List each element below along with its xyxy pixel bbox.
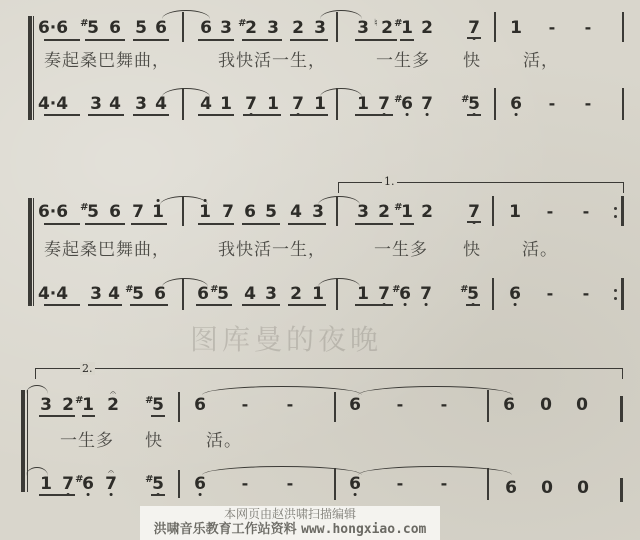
note: 3 — [314, 18, 326, 38]
beam — [44, 304, 80, 306]
note: 6 — [109, 202, 121, 222]
beam — [355, 114, 393, 116]
lyric: 一生多 — [60, 426, 114, 451]
beam — [151, 494, 165, 496]
note: 0 — [541, 478, 553, 498]
dash: - — [287, 395, 294, 414]
beam — [290, 114, 328, 116]
beam — [400, 223, 414, 225]
tie — [320, 88, 362, 97]
beam — [88, 114, 124, 116]
note: 6 — [194, 395, 206, 415]
note: 7 — [468, 202, 480, 222]
note: 4·4 — [38, 284, 68, 304]
dash: - — [547, 284, 554, 303]
barline — [492, 196, 494, 226]
beam — [355, 223, 393, 225]
dash: - — [583, 202, 590, 221]
system-bracket — [28, 198, 32, 306]
beam — [130, 304, 168, 306]
note: 6 — [505, 478, 517, 498]
note: 4·4 — [38, 94, 68, 114]
bleedthrough-title: 图库曼的夜晚 — [190, 318, 382, 358]
tie — [318, 196, 360, 205]
beam — [242, 223, 280, 225]
barline — [182, 278, 184, 310]
repeat-end-barline — [621, 196, 624, 226]
lyric: 快 — [145, 426, 163, 451]
note: 5 — [135, 18, 147, 38]
barline — [182, 88, 184, 120]
note: 2 — [62, 395, 74, 415]
note: #5 — [467, 284, 479, 304]
watermark-site-name: 洪啸音乐教育工作站资料 — [154, 522, 297, 537]
lyric: 奏起桑巴舞曲， — [44, 46, 170, 71]
note: ♮2 — [381, 18, 393, 38]
note: #1 — [401, 202, 413, 222]
note: #5 — [87, 18, 99, 38]
note: 2 — [290, 284, 302, 304]
beam — [242, 304, 280, 306]
note: 7 — [378, 94, 390, 114]
beam — [242, 39, 282, 41]
note: 1 — [509, 202, 521, 222]
note: 6·6 — [38, 18, 68, 38]
lyric: 活， — [523, 46, 559, 71]
tie — [202, 466, 362, 475]
beam — [44, 223, 80, 225]
note: 6 — [197, 284, 209, 304]
watermark-line2: 洪啸音乐教育工作站资料 www.hongxiao.com — [140, 522, 440, 538]
lyric: 快 — [463, 46, 481, 71]
note: 4 — [155, 94, 167, 114]
watermark-url: www.hongxiao.com — [301, 522, 426, 537]
barline — [487, 390, 489, 422]
volta-bracket-2 — [35, 368, 623, 379]
barline — [336, 12, 338, 42]
note: 7 — [468, 18, 480, 38]
barline — [182, 12, 184, 42]
note: 3 — [220, 18, 232, 38]
note: 0 — [540, 395, 552, 415]
note: 4 — [108, 284, 120, 304]
watermark-box: 本网页由赵洪啸扫描编辑 洪啸音乐教育工作站资料 www.hongxiao.com — [140, 506, 440, 540]
barline — [336, 88, 338, 120]
note: 1 — [40, 474, 52, 494]
beam — [288, 223, 326, 225]
barline — [492, 278, 494, 310]
system-start-line — [27, 390, 28, 492]
note: 1 — [199, 202, 211, 222]
note: 6 — [109, 18, 121, 38]
dash: - — [549, 94, 556, 113]
note: 0 — [577, 478, 589, 498]
beam — [131, 223, 167, 225]
final-barline — [620, 478, 623, 502]
note: #5 — [152, 474, 164, 494]
note: 7 — [292, 94, 304, 114]
note: 1 — [357, 284, 369, 304]
beam — [198, 223, 234, 225]
lyric: 快 — [463, 235, 481, 260]
beam — [151, 415, 165, 417]
note: #5 — [152, 395, 164, 415]
note: 3 — [357, 202, 369, 222]
beam — [85, 39, 125, 41]
system-start-line — [33, 198, 34, 306]
note: #6 — [82, 474, 94, 494]
barline — [182, 196, 184, 226]
note: 3 — [90, 284, 102, 304]
barline — [178, 470, 180, 498]
dash: - — [583, 284, 590, 303]
dash: - — [242, 395, 249, 414]
beam — [243, 114, 281, 116]
beam — [467, 114, 481, 116]
volta-number: 1. — [382, 175, 397, 188]
beam — [39, 415, 75, 417]
note: 7 — [222, 202, 234, 222]
note: #1 — [401, 18, 413, 38]
note: #5 — [217, 284, 229, 304]
beam — [355, 304, 393, 306]
barline — [494, 88, 496, 120]
note: 6 — [349, 395, 361, 415]
note: #1 — [82, 395, 94, 415]
note: 1 — [220, 94, 232, 114]
system-bracket — [28, 16, 32, 120]
lyric: 一生多 — [376, 46, 430, 71]
note: 3 — [90, 94, 102, 114]
lyric: 我快活一生， — [218, 46, 326, 71]
barline — [622, 88, 624, 120]
beam — [88, 304, 122, 306]
beam — [290, 39, 328, 41]
beam — [467, 37, 481, 39]
beam — [85, 223, 125, 225]
dash: - — [585, 18, 592, 37]
system-start-line — [33, 16, 34, 120]
tie — [202, 386, 362, 395]
beam — [44, 114, 80, 116]
barline — [622, 12, 624, 42]
beam — [44, 39, 80, 41]
note: 6 — [194, 474, 206, 494]
dash: - — [287, 474, 294, 493]
beam — [288, 304, 326, 306]
note: 6 — [200, 18, 212, 38]
note: 6 — [503, 395, 515, 415]
dash: - — [547, 202, 554, 221]
lyric: 奏起桑巴舞曲， — [44, 235, 170, 260]
note: 2 — [421, 18, 433, 38]
lyric: 活。 — [522, 235, 558, 260]
note: 3 — [265, 284, 277, 304]
note: 7𝄐 — [105, 474, 117, 494]
tie — [26, 385, 48, 394]
note: 6 — [244, 202, 256, 222]
note: 6 — [155, 18, 167, 38]
fermata-icon: 𝄐 — [110, 384, 116, 404]
barline — [494, 12, 496, 42]
tie — [320, 10, 362, 19]
dash: - — [441, 474, 448, 493]
beam — [466, 304, 480, 306]
beam — [467, 221, 481, 223]
note: 4 — [290, 202, 302, 222]
note: #2 — [245, 18, 257, 38]
note: #6 — [399, 284, 411, 304]
note: 3 — [135, 94, 147, 114]
system-bracket — [21, 390, 25, 492]
note: 5 — [265, 202, 277, 222]
barline — [334, 468, 336, 500]
lyric: 一生多 — [374, 235, 428, 260]
note: 1 — [267, 94, 279, 114]
note: 7 — [378, 284, 390, 304]
dash: - — [441, 395, 448, 414]
fermata-icon: 𝄐 — [108, 463, 114, 483]
dash: - — [242, 474, 249, 493]
note: 3 — [357, 18, 369, 38]
note: 6 — [510, 94, 522, 114]
note: 6·6 — [38, 202, 68, 222]
note: 3 — [312, 202, 324, 222]
note: 6 — [509, 284, 521, 304]
note: 6 — [154, 284, 166, 304]
beam — [198, 114, 234, 116]
note: 1 — [510, 18, 522, 38]
note: 1 — [152, 202, 164, 222]
dash: - — [397, 395, 404, 414]
note: #6 — [401, 94, 413, 114]
barline — [334, 392, 336, 422]
tie — [318, 278, 360, 287]
beam — [196, 304, 232, 306]
note: 4 — [244, 284, 256, 304]
note: 2 — [292, 18, 304, 38]
note: 3 — [40, 395, 52, 415]
note: 3 — [267, 18, 279, 38]
note: 2 — [378, 202, 390, 222]
note: 7 — [420, 284, 432, 304]
barline — [336, 196, 338, 226]
note: 0 — [576, 395, 588, 415]
note: #5 — [132, 284, 144, 304]
repeat-end-barline — [621, 278, 624, 310]
note: 1 — [357, 94, 369, 114]
note: #5 — [87, 202, 99, 222]
barline — [336, 278, 338, 310]
beam — [400, 39, 414, 41]
beam — [133, 39, 169, 41]
lyric: 活。 — [206, 426, 242, 451]
volta-bracket-1 — [338, 182, 624, 193]
note: 7 — [421, 94, 433, 114]
beam — [133, 114, 169, 116]
note: 4 — [200, 94, 212, 114]
beam — [355, 39, 397, 41]
lyric: 我快活一生， — [218, 235, 326, 260]
note: 7 — [62, 474, 74, 494]
note: 4 — [109, 94, 121, 114]
watermark-line1: 本网页由赵洪啸扫描编辑 — [140, 506, 440, 522]
volta-number: 2. — [80, 362, 95, 375]
beam — [39, 494, 75, 496]
beam — [198, 39, 234, 41]
note: #5 — [468, 94, 480, 114]
note: 7 — [132, 202, 144, 222]
note: 2𝄐 — [107, 395, 119, 415]
beam — [82, 415, 95, 417]
note: 1 — [314, 94, 326, 114]
dash: - — [549, 18, 556, 37]
note: 2 — [421, 202, 433, 222]
barline — [487, 468, 489, 500]
final-barline — [620, 396, 623, 422]
dash: - — [585, 94, 592, 113]
note: 6 — [349, 474, 361, 494]
note: 7 — [245, 94, 257, 114]
dash: - — [397, 474, 404, 493]
note: 1 — [312, 284, 324, 304]
barline — [178, 392, 180, 422]
